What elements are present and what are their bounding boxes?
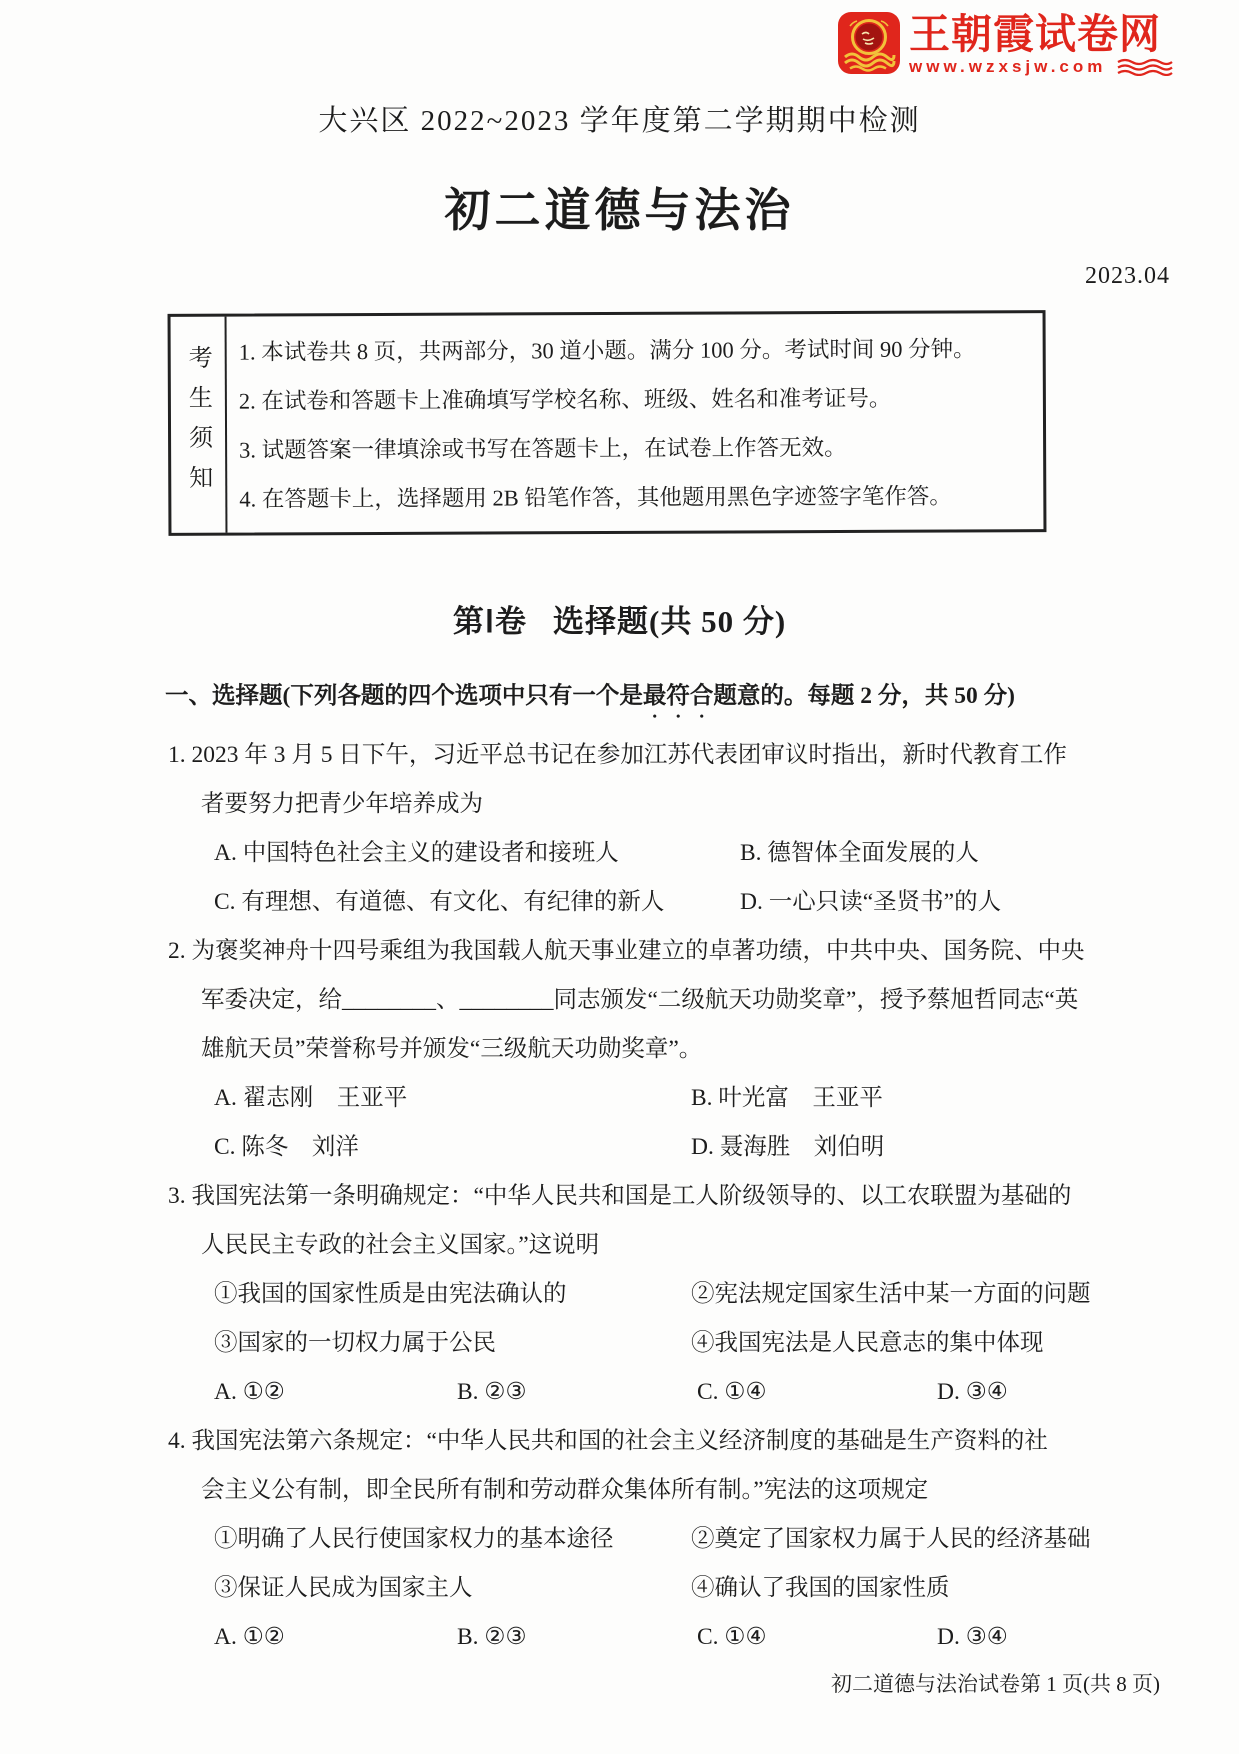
- q4-statement-3: ③保证人民成为国家主人: [214, 1564, 691, 1613]
- instruction-emphasis: 最符合: [643, 683, 714, 709]
- question-list: 1. 2023 年 3 月 5 日下午，习近平总书记在参加江苏代表团审议时指出，…: [168, 731, 1088, 1662]
- q3-answer-d: D. ③④: [937, 1368, 1088, 1417]
- q4-statement-1: ①明确了人民行使国家权力的基本途径: [214, 1515, 691, 1564]
- notice-item-2: 2. 在试卷和答题卡上准确填写学校名称、班级、姓名和准考证号。: [239, 373, 1043, 426]
- notice-side-column: 考生须知: [171, 317, 228, 533]
- q2-option-b: B. 叶光富 王亚平: [691, 1074, 1088, 1123]
- choice-instruction: 一、选择题(下列各题的四个选项中只有一个是最符合题意的。每题 2 分，共 50 …: [165, 676, 1015, 723]
- site-logo: 王朝霞试卷网 www.wzxsjw.com: [838, 12, 1174, 77]
- q2-option-d: D. 聂海胜 刘伯明: [691, 1123, 1088, 1172]
- notice-label: 考生须知: [180, 345, 216, 505]
- examinee-notice-box: 考生须知 1. 本试卷共 8 页，共两部分，30 道小题。满分 100 分。考试…: [168, 310, 1047, 536]
- site-name: 王朝霞试卷网: [909, 12, 1174, 56]
- paper-title: 初二道德与法治: [0, 174, 1239, 240]
- q3-statement-2: ②宪法规定国家生活中某一方面的问题: [691, 1270, 1091, 1319]
- q4-answer-choices: A. ①② B. ②③ C. ①④ D. ③④: [168, 1613, 1088, 1662]
- section-volume: 第Ⅰ卷: [453, 604, 527, 639]
- wave-lines-icon: [1116, 58, 1174, 76]
- instruction-suffix: 题意的。每题 2 分，共 50 分): [713, 683, 1015, 709]
- exam-session-title: 大兴区 2022~2023 学年度第二学期期中检测: [0, 98, 1239, 139]
- q1-stem-line-1: 1. 2023 年 3 月 5 日下午，习近平总书记在参加江苏代表团审议时指出，…: [168, 731, 1088, 780]
- q3-stem-line-1: 3. 我国宪法第一条明确规定：“中华人民共和国是工人阶级领导的、以工农联盟为基础…: [168, 1172, 1088, 1221]
- logo-seal-icon: [838, 12, 900, 74]
- q1-option-c: C. 有理想、有道德、有文化、有纪律的新人: [214, 878, 740, 927]
- site-url: www.wzxsjw.com: [909, 57, 1106, 77]
- question-4: 4. 我国宪法第六条规定：“中华人民共和国的社会主义经济制度的基础是生产资料的社…: [168, 1417, 1088, 1662]
- instruction-prefix: 一、选择题(下列各题的四个选项中只有一个是: [165, 683, 643, 709]
- q2-stem-line-1: 2. 为褒奖神舟十四号乘组为我国载人航天事业建立的卓著功绩，中共中央、国务院、中…: [168, 927, 1088, 976]
- q3-answer-a: A. ①②: [214, 1368, 457, 1417]
- q4-statement-4: ④确认了我国的国家性质: [691, 1564, 1091, 1613]
- q3-statements: ①我国的国家性质是由宪法确认的 ②宪法规定国家生活中某一方面的问题 ③国家的一切…: [168, 1270, 1088, 1368]
- q1-option-a: A. 中国特色社会主义的建设者和接班人: [214, 829, 740, 878]
- notice-item-4: 4. 在答题卡上，选择题用 2B 铅笔作答，其他题用黑色字迹签字笔作答。: [239, 471, 1043, 524]
- question-1: 1. 2023 年 3 月 5 日下午，习近平总书记在参加江苏代表团审议时指出，…: [168, 731, 1088, 927]
- q4-stem-line-2: 会主义公有制，即全民所有制和劳动群众集体所有制。”宪法的这项规定: [168, 1466, 1088, 1515]
- q3-answer-choices: A. ①② B. ②③ C. ①④ D. ③④: [168, 1368, 1088, 1417]
- question-2: 2. 为褒奖神舟十四号乘组为我国载人航天事业建立的卓著功绩，中共中央、国务院、中…: [168, 927, 1088, 1172]
- q3-answer-c: C. ①④: [697, 1368, 937, 1417]
- notice-item-3: 3. 试题答案一律填涂或书写在答题卡上，在试卷上作答无效。: [239, 422, 1043, 475]
- q1-option-d: D. 一心只读“圣贤书”的人: [740, 878, 1088, 927]
- q4-statements: ①明确了人民行使国家权力的基本途径 ②奠定了国家权力属于人民的经济基础 ③保证人…: [168, 1515, 1088, 1613]
- q3-stem-line-2: 人民民主专政的社会主义国家。”这说明: [168, 1221, 1088, 1270]
- q3-statement-1: ①我国的国家性质是由宪法确认的: [214, 1270, 691, 1319]
- q3-statement-4: ④我国宪法是人民意志的集中体现: [691, 1319, 1091, 1368]
- q4-answer-a: A. ①②: [214, 1613, 457, 1662]
- notice-item-1: 1. 本试卷共 8 页，共两部分，30 道小题。满分 100 分。考试时间 90…: [239, 324, 1043, 377]
- q2-option-a: A. 翟志刚 王亚平: [214, 1074, 691, 1123]
- q4-statement-2: ②奠定了国家权力属于人民的经济基础: [691, 1515, 1091, 1564]
- notice-items: 1. 本试卷共 8 页，共两部分，30 道小题。满分 100 分。考试时间 90…: [227, 313, 1044, 533]
- q4-answer-d: D. ③④: [937, 1613, 1088, 1662]
- q2-options: A. 翟志刚 王亚平 B. 叶光富 王亚平 C. 陈冬 刘洋 D. 聂海胜 刘伯…: [168, 1074, 1088, 1172]
- section-title: 第Ⅰ卷选择题(共 50 分): [0, 596, 1239, 641]
- exam-date: 2023.04: [1085, 263, 1170, 290]
- q4-stem-line-1: 4. 我国宪法第六条规定：“中华人民共和国的社会主义经济制度的基础是生产资料的社: [168, 1417, 1088, 1466]
- q1-options: A. 中国特色社会主义的建设者和接班人 B. 德智体全面发展的人 C. 有理想、…: [168, 829, 1088, 927]
- q1-option-b: B. 德智体全面发展的人: [740, 829, 1088, 878]
- q4-answer-b: B. ②③: [457, 1613, 697, 1662]
- q4-answer-c: C. ①④: [697, 1613, 937, 1662]
- q2-stem-line-3: 雄航天员”荣誉称号并颁发“三级航天功勋奖章”。: [168, 1025, 1088, 1074]
- section-name: 选择题(共 50 分): [553, 604, 786, 639]
- q2-stem-line-2: 军委决定，给________、________同志颁发“二级航天功勋奖章”，授予…: [168, 976, 1088, 1025]
- q2-option-c: C. 陈冬 刘洋: [214, 1123, 691, 1172]
- q3-answer-b: B. ②③: [457, 1368, 697, 1417]
- q3-statement-3: ③国家的一切权力属于公民: [214, 1319, 691, 1368]
- question-3: 3. 我国宪法第一条明确规定：“中华人民共和国是工人阶级领导的、以工农联盟为基础…: [168, 1172, 1088, 1417]
- q1-stem-line-2: 者要努力把青少年培养成为: [168, 780, 1088, 829]
- exam-paper-page: 王朝霞试卷网 www.wzxsjw.com 大兴区 2022~2023 学年度第…: [0, 0, 1239, 1754]
- page-footer: 初二道德与法治试卷第 1 页(共 8 页): [831, 1668, 1160, 1698]
